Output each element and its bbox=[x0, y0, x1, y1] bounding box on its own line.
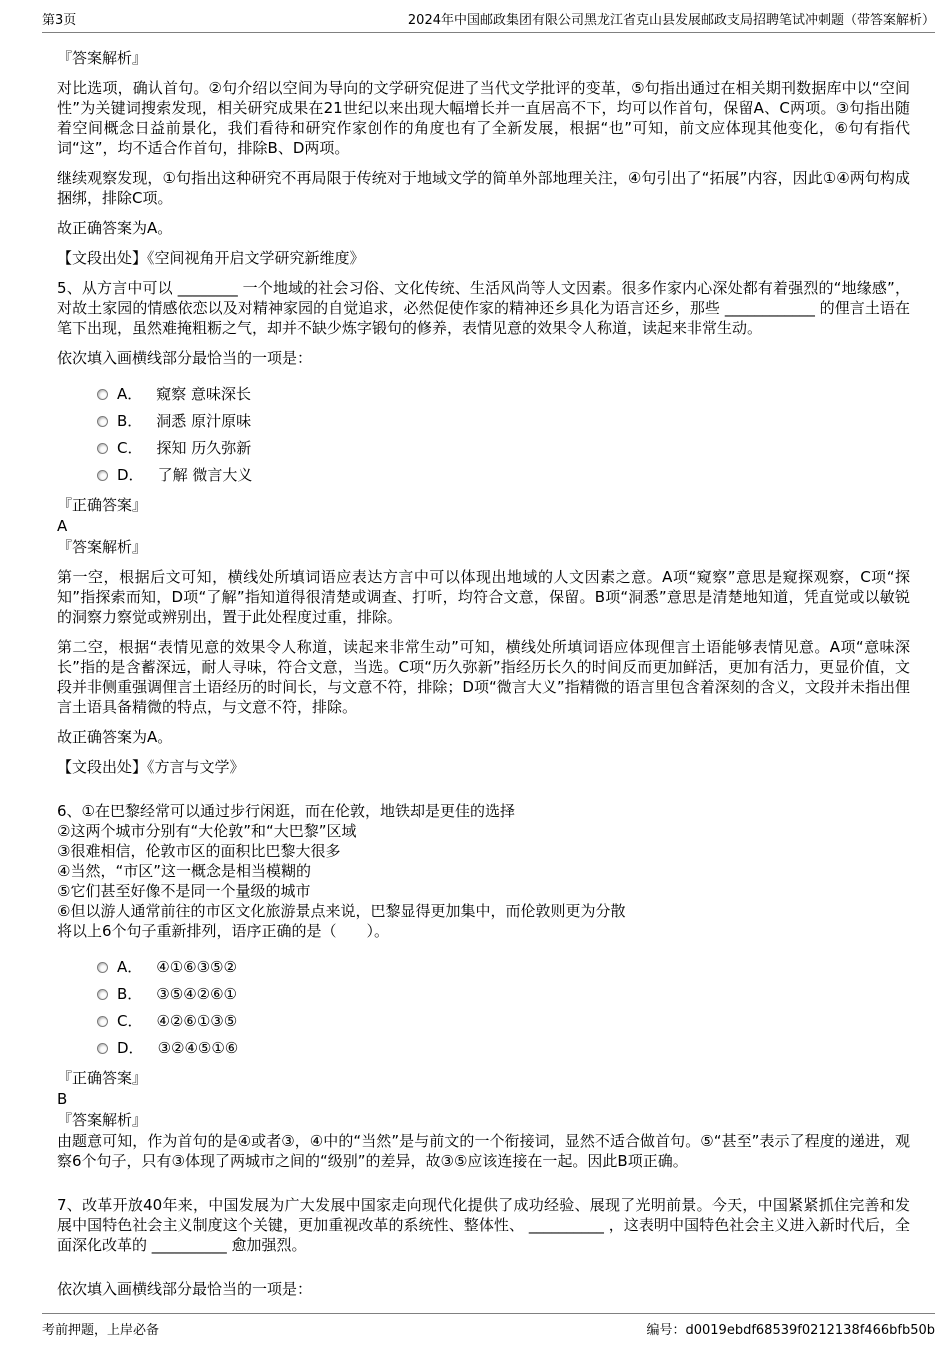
option-row[interactable]: D． 了解 微言大义 bbox=[97, 465, 910, 485]
exam-document-page: 第3页 2024年中国邮政集团有限公司黑龙江省克山县发展邮政支局招聘笔试冲刺题（… bbox=[0, 0, 950, 1345]
footer-slogan: 考前押题，上岸必备 bbox=[42, 1323, 159, 1338]
option-letter: D． bbox=[117, 465, 144, 485]
radio-button-icon[interactable] bbox=[97, 1016, 108, 1027]
page-header: 第3页 2024年中国邮政集团有限公司黑龙江省克山县发展邮政支局招聘笔试冲刺题（… bbox=[42, 0, 935, 33]
analysis-paragraph: 继续观察发现，①句指出这种研究不再局限于传统对于地域文学的简单外部地理关注，④句… bbox=[57, 168, 910, 208]
stem-line: ⑥但以游人通常前往的市区文化旅游景点来说，巴黎显得更加集中，而伦敦则更为分散 bbox=[57, 901, 910, 921]
option-list: A． ④①⑥③⑤② B． ③⑤④②⑥① C． ④②⑥①③⑤ D． ③②④⑤①⑥ bbox=[57, 957, 910, 1058]
option-text: 探知 历久弥新 bbox=[156, 438, 251, 458]
radio-button-icon[interactable] bbox=[97, 470, 108, 481]
option-letter: C． bbox=[117, 438, 142, 458]
option-row[interactable]: B． 洞悉 原汁原味 bbox=[97, 411, 910, 431]
correct-answer-value: B bbox=[57, 1089, 910, 1109]
option-text: 窥察 意味深长 bbox=[156, 384, 251, 404]
question-stem: 7、改革开放40年来，中国发展为广大发展中国家走向现代化提供了成功经验、展现了光… bbox=[57, 1195, 910, 1255]
analysis-label: 『答案解析』 bbox=[57, 48, 910, 68]
analysis-paragraph: 第二空，根据“表情见意的效果令人称道，读起来非常生动”可知，横线处所填词语应体现… bbox=[57, 637, 910, 717]
analysis-conclusion: 故正确答案为A。 bbox=[57, 727, 910, 747]
radio-button-icon[interactable] bbox=[97, 389, 108, 400]
analysis-paragraph: 对比选项，确认首句。②句介绍以空间为导向的文学研究促进了当代文学批评的变革，⑤句… bbox=[57, 78, 910, 158]
stem-line: 6、①在巴黎经常可以通过步行闲逛，而在伦敦，地铁却是更佳的选择 bbox=[57, 801, 910, 821]
option-row[interactable]: C． 探知 历久弥新 bbox=[97, 438, 910, 458]
option-text: 洞悉 原汁原味 bbox=[156, 411, 251, 431]
option-row[interactable]: A． 窥察 意味深长 bbox=[97, 384, 910, 404]
document-title: 2024年中国邮政集团有限公司黑龙江省克山县发展邮政支局招聘笔试冲刺题（带答案解… bbox=[408, 13, 935, 28]
option-row[interactable]: D． ③②④⑤①⑥ bbox=[97, 1038, 910, 1058]
stem-line: 将以上6个句子重新排列，语序正确的是（ ）。 bbox=[57, 921, 910, 941]
option-letter: D． bbox=[117, 1038, 144, 1058]
option-letter: B． bbox=[117, 411, 142, 431]
option-row[interactable]: B． ③⑤④②⑥① bbox=[97, 984, 910, 1004]
passage-source: 【文段出处】《空间视角开启文学研究新维度》 bbox=[57, 248, 910, 268]
option-text: ④②⑥①③⑤ bbox=[156, 1011, 237, 1031]
question-stem: 6、①在巴黎经常可以通过步行闲逛，而在伦敦，地铁却是更佳的选择 ②这两个城市分别… bbox=[57, 801, 910, 941]
stem-line: ④当然，“市区”这一概念是相当模糊的 bbox=[57, 861, 910, 881]
radio-button-icon[interactable] bbox=[97, 989, 108, 1000]
question-stem: 5、从方言中可以 ________ 一个地域的社会习俗、文化传统、生活风尚等人文… bbox=[57, 278, 910, 338]
radio-button-icon[interactable] bbox=[97, 416, 108, 427]
option-text: ③②④⑤①⑥ bbox=[158, 1038, 239, 1058]
analysis-paragraph: 由题意可知，作为首句的是④或者③，④中的“当然”是与前文的一个衔接词，显然不适合… bbox=[57, 1131, 910, 1171]
question-prompt: 依次填入画横线部分最恰当的一项是： bbox=[57, 1279, 910, 1299]
passage-source: 【文段出处】《方言与文学》 bbox=[57, 757, 910, 777]
correct-answer-label: 『正确答案』 bbox=[57, 495, 910, 515]
option-row[interactable]: C． ④②⑥①③⑤ bbox=[97, 1011, 910, 1031]
option-letter: A． bbox=[117, 384, 142, 404]
stem-line: ②这两个城市分别有“大伦敦”和“大巴黎”区域 bbox=[57, 821, 910, 841]
radio-button-icon[interactable] bbox=[97, 443, 108, 454]
analysis-paragraph: 第一空，根据后文可知，横线处所填词语应表达方言中可以体现出地域的人文因素之意。A… bbox=[57, 567, 910, 627]
stem-line: ③很难相信，伦敦市区的面积比巴黎大很多 bbox=[57, 841, 910, 861]
option-letter: C． bbox=[117, 1011, 142, 1031]
radio-button-icon[interactable] bbox=[97, 1043, 108, 1054]
radio-button-icon[interactable] bbox=[97, 962, 108, 973]
page-footer: 考前押题，上岸必备 编号：d0019ebdf68539f0212138f466b… bbox=[42, 1313, 935, 1338]
analysis-label: 『答案解析』 bbox=[57, 537, 910, 557]
page-number: 第3页 bbox=[42, 13, 76, 28]
correct-answer-label: 『正确答案』 bbox=[57, 1068, 910, 1088]
option-text: ④①⑥③⑤② bbox=[156, 957, 237, 977]
option-text: ③⑤④②⑥① bbox=[156, 984, 237, 1004]
option-letter: B． bbox=[117, 984, 142, 1004]
question-prompt: 依次填入画横线部分最恰当的一项是： bbox=[57, 348, 910, 368]
stem-line: ⑤它们甚至好像不是同一个量级的城市 bbox=[57, 881, 910, 901]
document-body: 『答案解析』 对比选项，确认首句。②句介绍以空间为导向的文学研究促进了当代文学批… bbox=[0, 33, 950, 1335]
option-row[interactable]: A． ④①⑥③⑤② bbox=[97, 957, 910, 977]
analysis-conclusion: 故正确答案为A。 bbox=[57, 218, 910, 238]
option-letter: A． bbox=[117, 957, 142, 977]
correct-answer-value: A bbox=[57, 516, 910, 536]
option-list: A． 窥察 意味深长 B． 洞悉 原汁原味 C． 探知 历久弥新 D． 了解 微… bbox=[57, 384, 910, 485]
option-text: 了解 微言大义 bbox=[158, 465, 253, 485]
analysis-label: 『答案解析』 bbox=[57, 1110, 910, 1130]
footer-document-id: 编号：d0019ebdf68539f0212138f466bfb50b bbox=[646, 1323, 935, 1338]
